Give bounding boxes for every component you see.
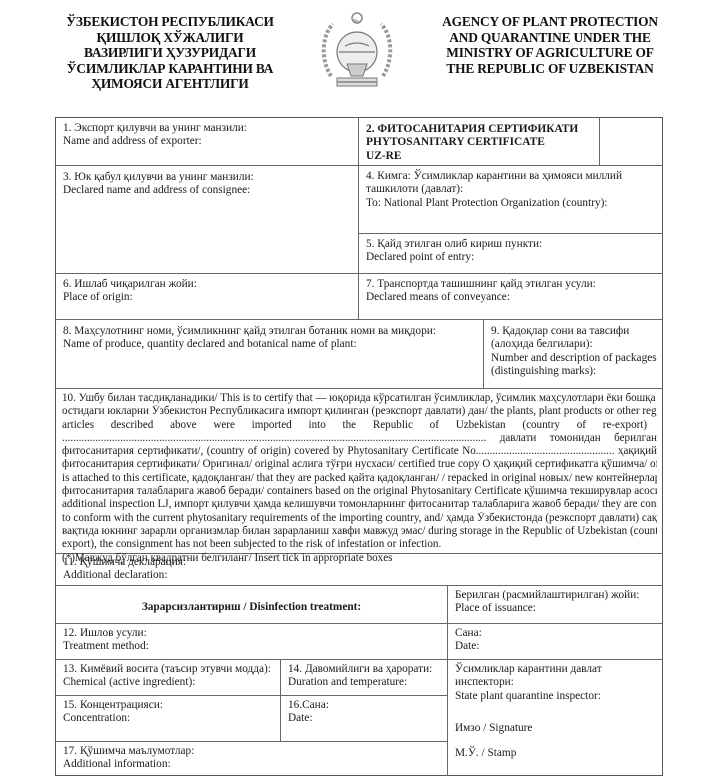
statement-line: остидаги юкларни Ўзбекистон Республикаси…: [62, 405, 657, 418]
header-line: ЎЗБЕКИСТОН РЕСПУБЛИКАСИ: [60, 14, 280, 30]
field-concentration[interactable]: 15. Концентрацияси: Concentration:: [56, 696, 280, 741]
statement-line: фитосанитария сертификати/, (country of …: [62, 445, 657, 458]
inspector-block: Ўсимликлар карантини давлат инспектори: …: [448, 660, 662, 776]
header-line: ҲИМОЯСИ АГЕНТЛИГИ: [60, 76, 280, 92]
header-line: AND QUARANTINE UNDER THE: [430, 30, 670, 46]
stamp-field[interactable]: М.Ў. / Stamp: [455, 747, 516, 760]
certificate-title: 2. ФИТОСАНИТАРИЯ СЕРТИФИКАТИ PHYTOSANITA…: [359, 120, 599, 165]
statement-line: additional inspection LJ, импорт қилувчи…: [62, 498, 657, 511]
field-treatment-method[interactable]: 12. Ишлов усули: Treatment method:: [56, 624, 447, 659]
field-label: 1. Экспорт қилувчи ва унинг манзили:: [63, 122, 351, 135]
statement-line: фитосанитария талабларига жавоб беради/ …: [62, 485, 657, 498]
agency-name-uzbek: ЎЗБЕКИСТОН РЕСПУБЛИКАСИ ҚИШЛОҚ ХЎЖАЛИГИ …: [60, 14, 280, 92]
field-label: 16.Сана:: [288, 699, 440, 712]
field-label: Place of issuance:: [455, 602, 655, 615]
field-label: Treatment method:: [63, 640, 440, 653]
signature-field[interactable]: Имзо / Signature: [455, 722, 532, 735]
field-label: 11. Қўшимча декларация:: [63, 556, 656, 569]
statement-line: export), the consignment has not been su…: [62, 538, 657, 551]
field-label: инспектори:: [455, 676, 655, 689]
field-place-of-issuance[interactable]: Берилган (расмийлаштирилган) жойи: Place…: [448, 586, 662, 623]
field-treatment-date[interactable]: 16.Сана: Date:: [281, 696, 447, 741]
field-label: Declared point of entry:: [366, 251, 655, 264]
field-label: State plant quarantine inspector:: [455, 690, 655, 703]
field-label: 14. Давомийлиги ва ҳарорати:: [288, 663, 440, 676]
statement-line: фитосанитария сертификати/ Оригинал/ ori…: [62, 458, 657, 471]
field-label: Name of produce, quantity declared and b…: [63, 338, 476, 351]
field-label: 4. Кимга: Ўсимликлар карантини ва ҳимояс…: [366, 170, 655, 183]
field-means-of-conveyance[interactable]: 7. Транспортда ташишнинг қайд этилган ус…: [359, 275, 662, 319]
field-destination-nppo[interactable]: 4. Кимга: Ўсимликлар карантини ва ҳимояс…: [359, 167, 662, 233]
field-label: 6. Ишлаб чиқарилган жойи:: [63, 278, 351, 291]
field-label: 8. Маҳсулотнинг номи, ўсимликнинг қайд э…: [63, 325, 476, 338]
field-label: Сана:: [455, 627, 655, 640]
field-label: 12. Ишлов усули:: [63, 627, 440, 640]
field-label: Additional declaration:: [63, 569, 656, 582]
field-label: 9. Қадоқлар сони ва тавсифи: [491, 325, 655, 338]
statement-line: вақтида юкнинг зарарли организмлар билан…: [62, 525, 657, 538]
header-line: AGENCY OF PLANT PROTECTION: [430, 14, 670, 30]
field-label: Ўсимликлар карантини давлат: [455, 663, 655, 676]
field-packages[interactable]: 9. Қадоқлар сони ва тавсифи (алоҳида бел…: [484, 322, 662, 388]
statement-line: articles described above were imported i…: [62, 419, 657, 432]
field-produce-name[interactable]: 8. Маҳсулотнинг номи, ўсимликнинг қайд э…: [56, 322, 483, 388]
field-label: (distinguishing marks):: [491, 365, 655, 378]
field-duration-temperature[interactable]: 14. Давомийлиги ва ҳарорати: Duration an…: [281, 660, 447, 695]
header-line: ҚИШЛОҚ ХЎЖАЛИГИ: [60, 30, 280, 46]
field-label: Chemical (active ingredient):: [63, 676, 273, 689]
field-issue-date[interactable]: Сана: Date:: [448, 624, 662, 659]
field-chemical[interactable]: 13. Кимёвий восита (таъсир этувчи модда)…: [56, 660, 280, 695]
agency-name-english: AGENCY OF PLANT PROTECTION AND QUARANTIN…: [430, 14, 670, 76]
state-emblem-icon: [317, 6, 397, 96]
statement-line: ........................................…: [62, 432, 657, 445]
certificate-title-uz: 2. ФИТОСАНИТАРИЯ СЕРТИФИКАТИ: [366, 123, 592, 136]
field-label: Concentration:: [63, 712, 273, 725]
field-label: ташкилоти (давлат):: [366, 183, 655, 196]
field-label: Name and address of exporter:: [63, 135, 351, 148]
field-label: Number and description of packages: [491, 352, 655, 365]
statement-line: to conform with the current phytosanitar…: [62, 512, 657, 525]
field-label: (алоҳида белгилари):: [491, 338, 655, 351]
field-label: 13. Кимёвий восита (таъсир этувчи модда)…: [63, 663, 273, 676]
field-additional-declaration[interactable]: 11. Қўшимча декларация: Additional decla…: [56, 555, 663, 585]
certification-statement: 10. Ушбу билан тасдиқланадики/ This is t…: [56, 390, 663, 553]
field-label: To: National Plant Protection Organizati…: [366, 197, 655, 210]
field-place-of-origin[interactable]: 6. Ишлаб чиқарилган жойи: Place of origi…: [56, 275, 358, 319]
field-label: Place of origin:: [63, 291, 351, 304]
certificate-number-field[interactable]: [600, 118, 662, 165]
field-label: Declared means of conveyance:: [366, 291, 655, 304]
field-label: 3. Юк қабул қилувчи ва унинг манзили:: [63, 171, 351, 184]
field-label: Date:: [288, 712, 440, 725]
disinfection-treatment-heading: Зарарсизлантириш / Disinfection treatmen…: [56, 598, 447, 618]
certificate-title-en: PHYTOSANITARY CERTIFICATE: [366, 136, 592, 149]
field-label: Берилган (расмийлаштирилган) жойи:: [455, 589, 655, 602]
certificate-code: UZ-RE: [366, 150, 592, 163]
field-exporter[interactable]: 1. Экспорт қилувчи ва унинг манзили: Nam…: [56, 119, 358, 165]
header-line: ВАЗИРЛИГИ ҲУЗУРИДАГИ: [60, 45, 280, 61]
statement-line: 10. Ушбу билан тасдиқланадики/ This is t…: [62, 392, 657, 405]
field-label: Date:: [455, 640, 655, 653]
field-consignee[interactable]: 3. Юк қабул қилувчи ва унинг манзили: De…: [56, 168, 358, 273]
field-label: Declared name and address of consignee:: [63, 184, 351, 197]
header-line: THE REPUBLIC OF UZBEKISTAN: [430, 61, 670, 77]
field-label: 15. Концентрацияси:: [63, 699, 273, 712]
field-label: Additional information:: [63, 758, 440, 771]
header-line: MINISTRY OF AGRICULTURE OF: [430, 45, 670, 61]
field-point-of-entry[interactable]: 5. Қайд этилган олиб кириш пункти: Decla…: [359, 235, 662, 273]
field-label: 17. Қўшимча маълумотлар:: [63, 745, 440, 758]
statement-line: is attached to this certificate, қадоқла…: [62, 472, 657, 485]
field-additional-information[interactable]: 17. Қўшимча маълумотлар: Additional info…: [56, 742, 447, 776]
field-label: 7. Транспортда ташишнинг қайд этилган ус…: [366, 278, 655, 291]
header-line: ЎСИМЛИКЛАР КАРАНТИНИ ВА: [60, 61, 280, 77]
field-label: Duration and temperature:: [288, 676, 440, 689]
field-label: 5. Қайд этилган олиб кириш пункти:: [366, 238, 655, 251]
